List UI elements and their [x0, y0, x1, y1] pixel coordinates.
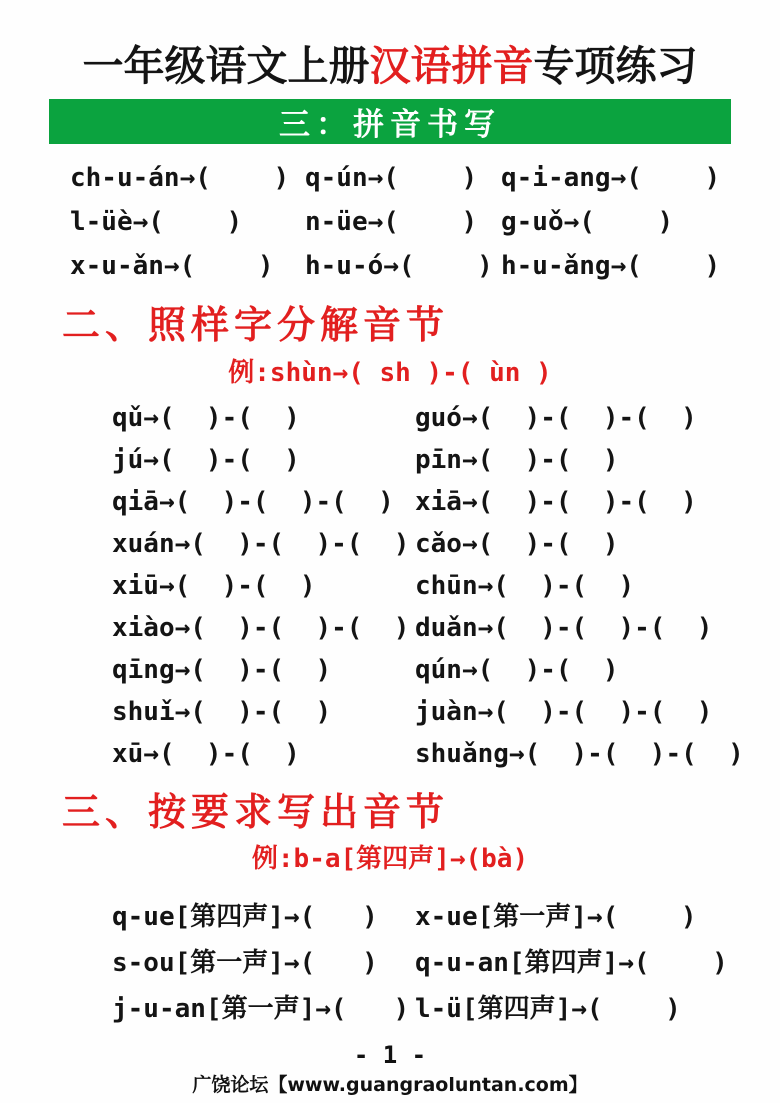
decompose-item: guó→( )-( )-( ): [415, 403, 780, 433]
syllable-item: j-u-an[第一声]→( ): [112, 988, 415, 1025]
pinyin-writing-item: q-i-ang→( ): [501, 163, 780, 193]
decompose-item: qún→( )-( ): [415, 655, 780, 685]
pinyin-writing-item: q-ún→( ): [305, 163, 501, 193]
section2-heading: 二、照样字分解音节: [62, 302, 780, 348]
decompose-item: qiā→( )-( )-( ): [112, 487, 415, 517]
banner-title: 三：拼音书写: [279, 99, 501, 144]
decompose-item: qīng→( )-( ): [112, 655, 415, 685]
exercise-row: qiā→( )-( )-( ) xiā→( )-( )-( ): [112, 481, 780, 523]
syllable-item: l-ü[第四声]→( ): [415, 988, 780, 1025]
exercise-row: l-üè→( ) n-üe→( ) g-uǒ→( ): [70, 200, 780, 244]
syllable-item: x-ue[第一声]→( ): [415, 896, 780, 933]
exercise-row: ch-u-án→( ) q-ún→( ) q-i-ang→( ): [70, 156, 780, 200]
section3-example: 例:b-a[第四声]→(bà): [0, 838, 780, 875]
pinyin-writing-item: x-u-ǎn→( ): [70, 251, 305, 281]
decompose-item: xiū→( )-( ): [112, 571, 415, 601]
decompose-item: cǎo→( )-( ): [415, 529, 780, 559]
exercise-row: x-u-ǎn→( ) h-u-ó→( ) h-u-ǎng→( ): [70, 244, 780, 288]
exercise-row: xuán→( )-( )-( ) cǎo→( )-( ): [112, 523, 780, 565]
exercise-row: j-u-an[第一声]→( ) l-ü[第四声]→( ): [112, 983, 780, 1029]
decompose-item: xū→( )-( ): [112, 739, 415, 769]
footer-site-credit: 广饶论坛【www.guangraoluntan.com】: [0, 1070, 780, 1097]
exercise-row: q-ue[第四声]→( ) x-ue[第一声]→( ): [112, 891, 780, 937]
exercise-row: qīng→( )-( ) qún→( )-( ): [112, 649, 780, 691]
pinyin-writing-item: h-u-ó→( ): [305, 251, 501, 281]
pinyin-writing-item: l-üè→( ): [70, 207, 305, 237]
decompose-item: shuǎng→( )-( )-( ): [415, 739, 780, 769]
decompose-item: shuǐ→( )-( ): [112, 697, 415, 727]
write-syllables-section: q-ue[第四声]→( ) x-ue[第一声]→( ) s-ou[第一声]→( …: [0, 875, 780, 1029]
title-part-black2: 专项练习: [534, 42, 698, 90]
syllable-item: q-u-an[第四声]→( ): [415, 942, 780, 979]
syllable-item: s-ou[第一声]→( ): [112, 942, 415, 979]
exercise-row: jú→( )-( ) pīn→( )-( ): [112, 439, 780, 481]
pinyin-writing-item: n-üe→( ): [305, 207, 501, 237]
decompose-item: qǔ→( )-( ): [112, 403, 415, 433]
exercise-row: xū→( )-( ) shuǎng→( )-( )-( ): [112, 733, 780, 775]
decompose-item: pīn→( )-( ): [415, 445, 780, 475]
exercise-row: qǔ→( )-( ) guó→( )-( )-( ): [112, 397, 780, 439]
exercise-row: s-ou[第一声]→( ) q-u-an[第四声]→( ): [112, 937, 780, 983]
decompose-item: chūn→( )-( ): [415, 571, 780, 601]
pinyin-writing-item: g-uǒ→( ): [501, 207, 780, 237]
section2-example: 例:shùn→( sh )-( ùn ): [0, 352, 780, 389]
exercise-row: shuǐ→( )-( ) juàn→( )-( )-( ): [112, 691, 780, 733]
exercise-row: xiào→( )-( )-( ) duǎn→( )-( )-( ): [112, 607, 780, 649]
decompose-item: xiā→( )-( )-( ): [415, 487, 780, 517]
title-part-red: 汉语拼音: [370, 42, 534, 90]
section-banner: 三：拼音书写: [49, 99, 731, 144]
page-number: - 1 -: [0, 1041, 780, 1069]
decompose-section: qǔ→( )-( ) guó→( )-( )-( ) jú→( )-( ) pī…: [0, 389, 780, 775]
exercise-row: xiū→( )-( ) chūn→( )-( ): [112, 565, 780, 607]
decompose-item: juàn→( )-( )-( ): [415, 697, 780, 727]
syllable-item: q-ue[第四声]→( ): [112, 896, 415, 933]
decompose-item: xiào→( )-( )-( ): [112, 613, 415, 643]
section3-heading: 三、按要求写出音节: [62, 789, 780, 835]
pinyin-writing-item: ch-u-án→( ): [70, 163, 305, 193]
pinyin-writing-section: ch-u-án→( ) q-ún→( ) q-i-ang→( ) l-üè→( …: [0, 144, 780, 288]
page-footer: - 1 - 广饶论坛【www.guangraoluntan.com】: [0, 1041, 780, 1097]
decompose-item: jú→( )-( ): [112, 445, 415, 475]
decompose-item: duǎn→( )-( )-( ): [415, 613, 780, 643]
title-part-black1: 一年级语文上册: [83, 42, 370, 90]
decompose-item: xuán→( )-( )-( ): [112, 529, 415, 559]
pinyin-writing-item: h-u-ǎng→( ): [501, 251, 780, 281]
page-title: 一年级语文上册汉语拼音专项练习: [0, 0, 780, 91]
